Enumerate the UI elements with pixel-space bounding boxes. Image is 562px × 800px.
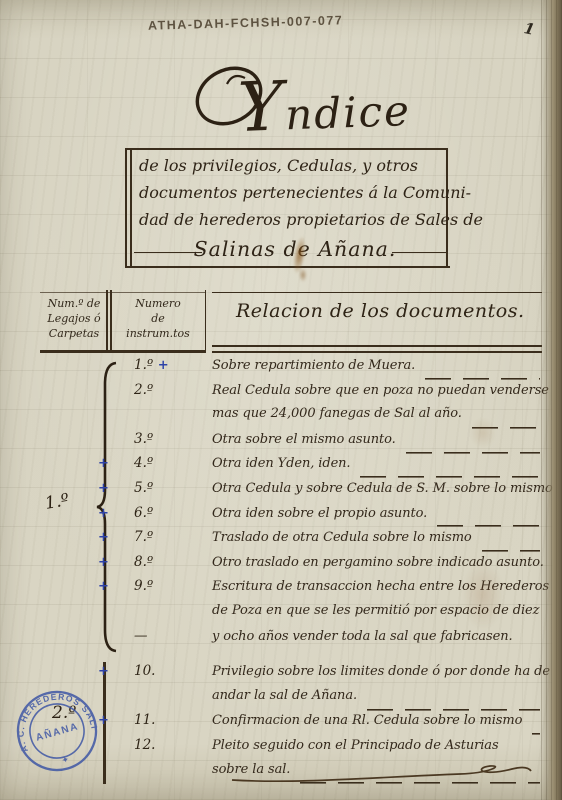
header-bottom-rule-left [40, 350, 206, 353]
manuscript-page: ATHA-DAH-FCHSH-007-077 1 Yndice de los p… [0, 0, 562, 800]
stamp-ring-text: A. C. HEREDEROS SALINAS [4, 678, 101, 756]
index-row: +6.ºOtra iden sobre el propio asunto. [40, 505, 546, 530]
item-number: 7.º [134, 529, 212, 545]
item-text: Otra Cedula y sobre Cedula de S. M. sobr… [212, 481, 557, 496]
item-number: 2.º [134, 382, 212, 398]
item-number: 4.º [134, 455, 212, 471]
trailing-dashes [482, 542, 540, 554]
item-number: 6.º [134, 505, 212, 521]
header-line: de [151, 312, 165, 325]
item-text: Privilegio sobre los limites donde ó por… [212, 664, 550, 679]
page-title: Yndice [237, 63, 412, 148]
item-text: Sobre repartimiento de Muera. [212, 358, 415, 373]
foxing-spot [462, 560, 504, 630]
item-text: Otra iden sobre el propio asunto. [212, 506, 427, 521]
trailing-dashes [406, 443, 540, 455]
header-line: Num.º de [48, 297, 101, 310]
plus-mark: + [40, 579, 134, 594]
header-divider-outer [106, 290, 108, 352]
item-text: Pleito seguido con el Principado de Astu… [212, 738, 499, 753]
item-text: Traslado de otra Cedula sobre lo mismo [212, 530, 472, 545]
index-row: 2.ºReal Cedula sobre que en poza no pued… [40, 382, 546, 407]
trailing-dashes [360, 468, 540, 480]
item-text: Otra sobre el mismo asunto. [212, 432, 396, 447]
plus-mark: + [40, 456, 134, 471]
plus-mark: + [153, 358, 168, 373]
subtitle-line: dad de herederos propietarios de Sales d… [139, 210, 483, 229]
plus-mark: + [40, 555, 134, 570]
header-line: instrum.tos [126, 327, 190, 340]
foxing-spot [470, 418, 496, 448]
item-number: 8.º [134, 554, 212, 570]
item-number: 10. [134, 663, 212, 679]
index-row: +7.ºTraslado de otra Cedula sobre lo mis… [40, 529, 546, 554]
index-row: +10.Privilegio sobre los limites donde ó… [40, 663, 546, 688]
item-number: 3.º [134, 431, 212, 447]
item-text: Otra iden Yden, iden. [212, 456, 350, 471]
trailing-dashes [367, 700, 540, 712]
index-row: 12.Pleito seguido con el Principado de A… [40, 737, 546, 762]
index-row: +11.Confirmacion de una Rl. Cedula sobre… [40, 712, 546, 737]
archive-reference: ATHA-DAH-FCHSH-007-077 [148, 13, 344, 32]
plus-mark: + [40, 530, 134, 545]
plus-mark: + [40, 481, 134, 496]
header-top-rule-left [40, 292, 206, 293]
item-number: 1.º + [134, 357, 212, 373]
subtitle-line: documentos pertenecientes á la Comuni- [139, 183, 471, 202]
header-divider-main [205, 290, 206, 352]
item-number: 11. [134, 712, 212, 728]
stamp-center-text: AÑANA [34, 719, 80, 744]
column-header-legajos: Num.º de Legajos ó Carpetas [42, 296, 106, 341]
index-row: +5.ºOtra Cedula y sobre Cedula de S. M. … [40, 480, 546, 505]
item-number: 5.º [134, 480, 212, 496]
header-bottom-rule-main-2 [212, 351, 542, 353]
trailing-dashes [532, 725, 540, 737]
item-text: Confirmacion de una Rl. Cedula sobre lo … [212, 713, 522, 728]
stamp-star-icon: ✦ [61, 755, 71, 767]
header-top-rule-main [212, 292, 542, 293]
index-row: 1.º +Sobre repartimiento de Muera. [40, 357, 546, 382]
header-line: Legajos ó [47, 312, 100, 325]
plus-mark: + [40, 506, 134, 521]
title-box-bottom-rule [125, 266, 450, 268]
subtitle-line: de los privilegios, Cedulas, y otros [139, 156, 418, 175]
item-text: andar la sal de Añana. [212, 688, 357, 703]
header-line: Numero [135, 297, 181, 310]
page-edge [541, 0, 562, 800]
page-number: 1 [522, 19, 536, 39]
item-text: y ocho años vender toda la sal que fabri… [212, 629, 513, 644]
title-box-left-rule-inner [130, 148, 132, 268]
title-box-left-rule-outer [125, 148, 127, 268]
title-box-top-rule [125, 148, 447, 150]
index-row: andar la sal de Añana. [40, 688, 546, 713]
item-number: — [134, 628, 212, 644]
item-number: 12. [134, 737, 212, 753]
index-row: +4.ºOtra iden Yden, iden. [40, 455, 546, 480]
trailing-dashes [437, 517, 540, 529]
item-number: 9.º [134, 578, 212, 594]
header-divider-inner [110, 290, 112, 352]
ink-stain [299, 268, 307, 282]
header-bottom-rule-main-1 [212, 345, 542, 347]
trailing-dashes [425, 370, 540, 382]
index-row: —y ocho años vender toda la sal que fabr… [40, 628, 546, 653]
closing-flourish-icon [228, 760, 534, 788]
column-header-instrumentos: Numero de instrum.tos [114, 296, 202, 341]
item-text: Real Cedula sobre que en poza no puedan … [212, 383, 549, 398]
svg-text:A. C. HEREDEROS SALINAS: A. C. HEREDEROS SALINAS [4, 678, 101, 756]
relation-header: Relacion de los documentos. [236, 300, 524, 322]
item-text: mas que 24,000 fanegas de Sal al año. [212, 406, 462, 421]
header-line: Carpetas [49, 327, 99, 340]
plus-mark: + [40, 664, 134, 679]
